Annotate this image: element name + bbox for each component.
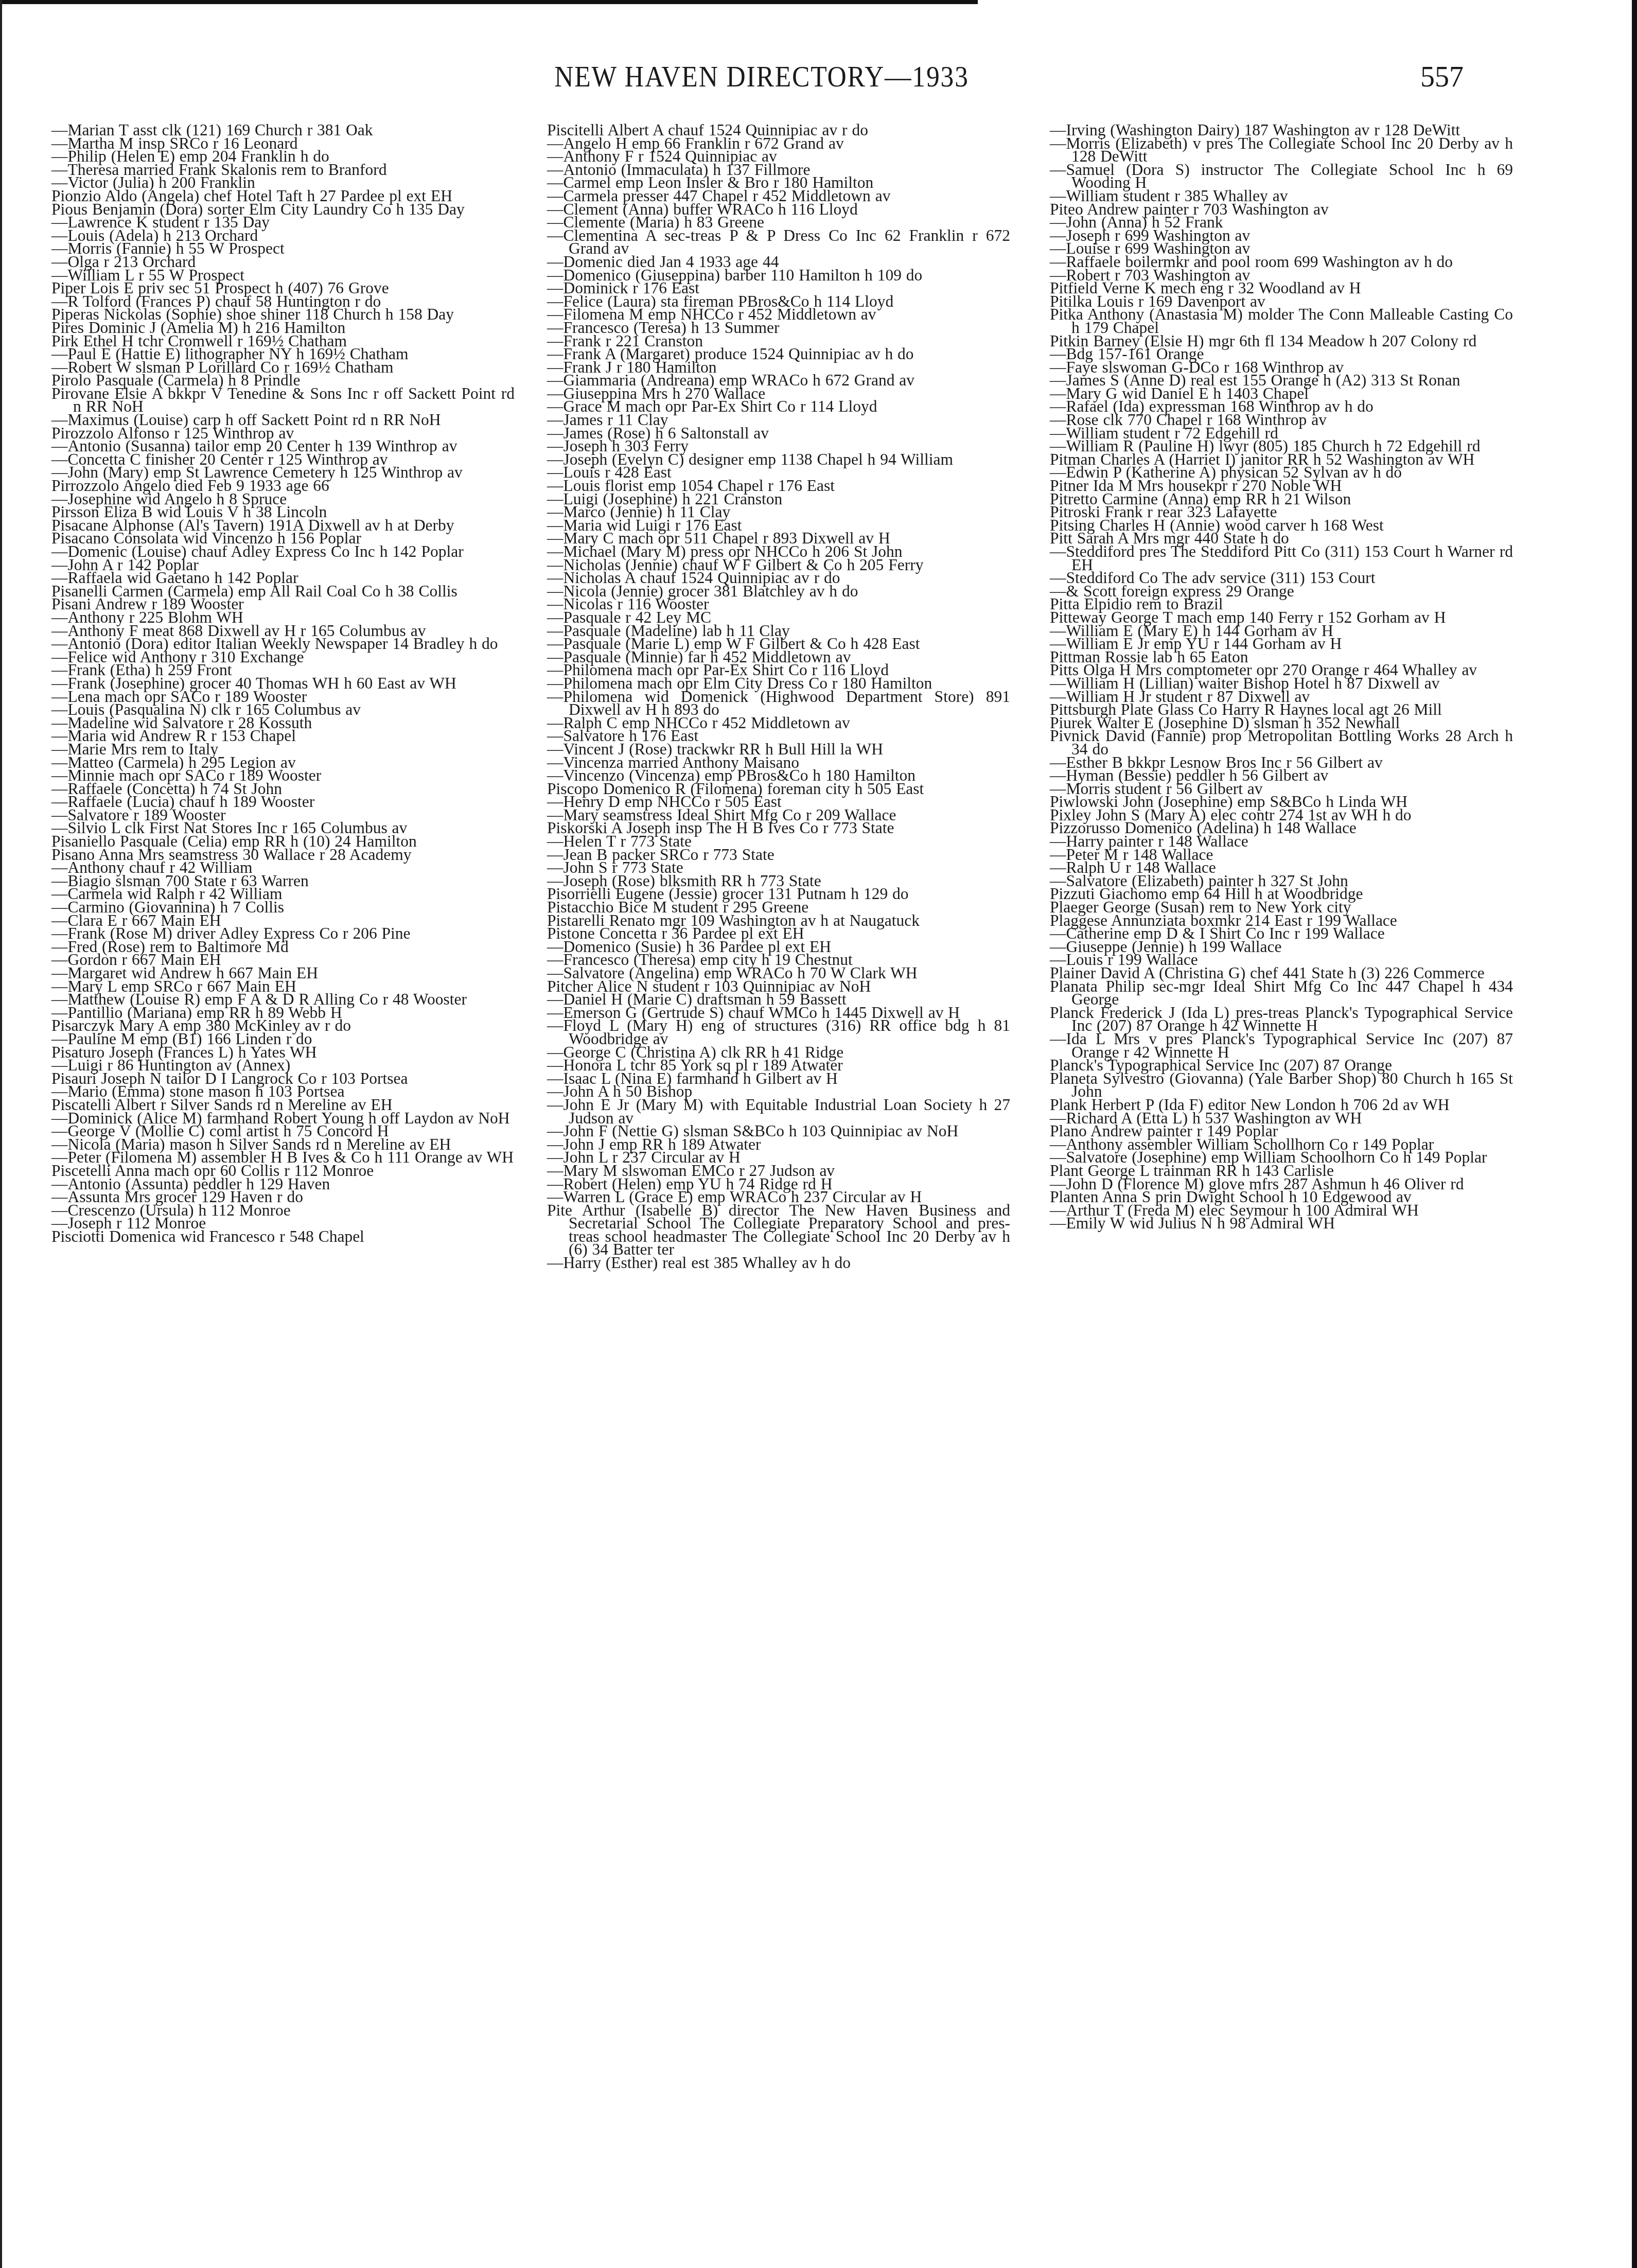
directory-column-1: —Marian T asst clk (121) 169 Church r 38…	[51, 124, 515, 1243]
directory-entry: Pite Arthur (Isabelle B) director The Ne…	[547, 1204, 1010, 1256]
page-number: 557	[1420, 61, 1464, 94]
scan-edge-top	[0, 0, 978, 4]
directory-column-2: Piscitelli Albert A chauf 1524 Quinnipia…	[547, 124, 1010, 1270]
directory-entry: —Samuel (Dora S) instructor The Collegia…	[1050, 163, 1513, 189]
page-header: NEW HAVEN DIRECTORY—1933 557	[0, 61, 1637, 107]
directory-entry: Pitka Anthony (Anastasia M) molder The C…	[1050, 308, 1513, 334]
directory-entry: Pivnick David (Fannie) prop Metropolitan…	[1050, 729, 1513, 755]
directory-entry: Pirovane Elsie A bkkpr V Tenedine & Sons…	[51, 387, 515, 413]
directory-entry: —John E Jr (Mary M) with Equitable Indus…	[547, 1098, 1010, 1124]
directory-entry: Planeta Sylvestro (Giovanna) (Yale Barbe…	[1050, 1072, 1513, 1098]
page-title: NEW HAVEN DIRECTORY—1933	[534, 61, 989, 94]
directory-entry: —Morris (Elizabeth) v pres The Collegiat…	[1050, 137, 1513, 163]
directory-entry: —Floyd L (Mary H) eng of structures (316…	[547, 1019, 1010, 1045]
directory-entry: —Steddiford pres The Steddiford Pitt Co …	[1050, 545, 1513, 571]
directory-columns: —Marian T asst clk (121) 169 Church r 38…	[51, 124, 1523, 2223]
directory-entry: —Clementina A sec-treas P & P Dress Co I…	[547, 229, 1010, 255]
directory-entry: —Ida L Mrs v pres Planck's Typographical…	[1050, 1032, 1513, 1059]
scan-edge-right	[1632, 0, 1637, 2268]
directory-entry: —Emily W wid Julius N h 98 Admiral WH	[1050, 1217, 1513, 1230]
directory-entry: —Harry (Esther) real est 385 Whalley av …	[547, 1256, 1010, 1270]
scan-edge-left	[0, 0, 2, 2268]
directory-entry: —Philomena wid Domenick (Highwood Depart…	[547, 690, 1010, 716]
directory-column-3: —Irving (Washington Dairy) 187 Washingto…	[1050, 124, 1513, 1230]
directory-entry: Pisciotti Domenica wid Francesco r 548 C…	[51, 1230, 515, 1243]
directory-entry: Planata Philip sec-mgr Ideal Shirt Mfg C…	[1050, 980, 1513, 1006]
directory-entry: Planck Frederick J (Ida L) pres-treas Pl…	[1050, 1006, 1513, 1032]
